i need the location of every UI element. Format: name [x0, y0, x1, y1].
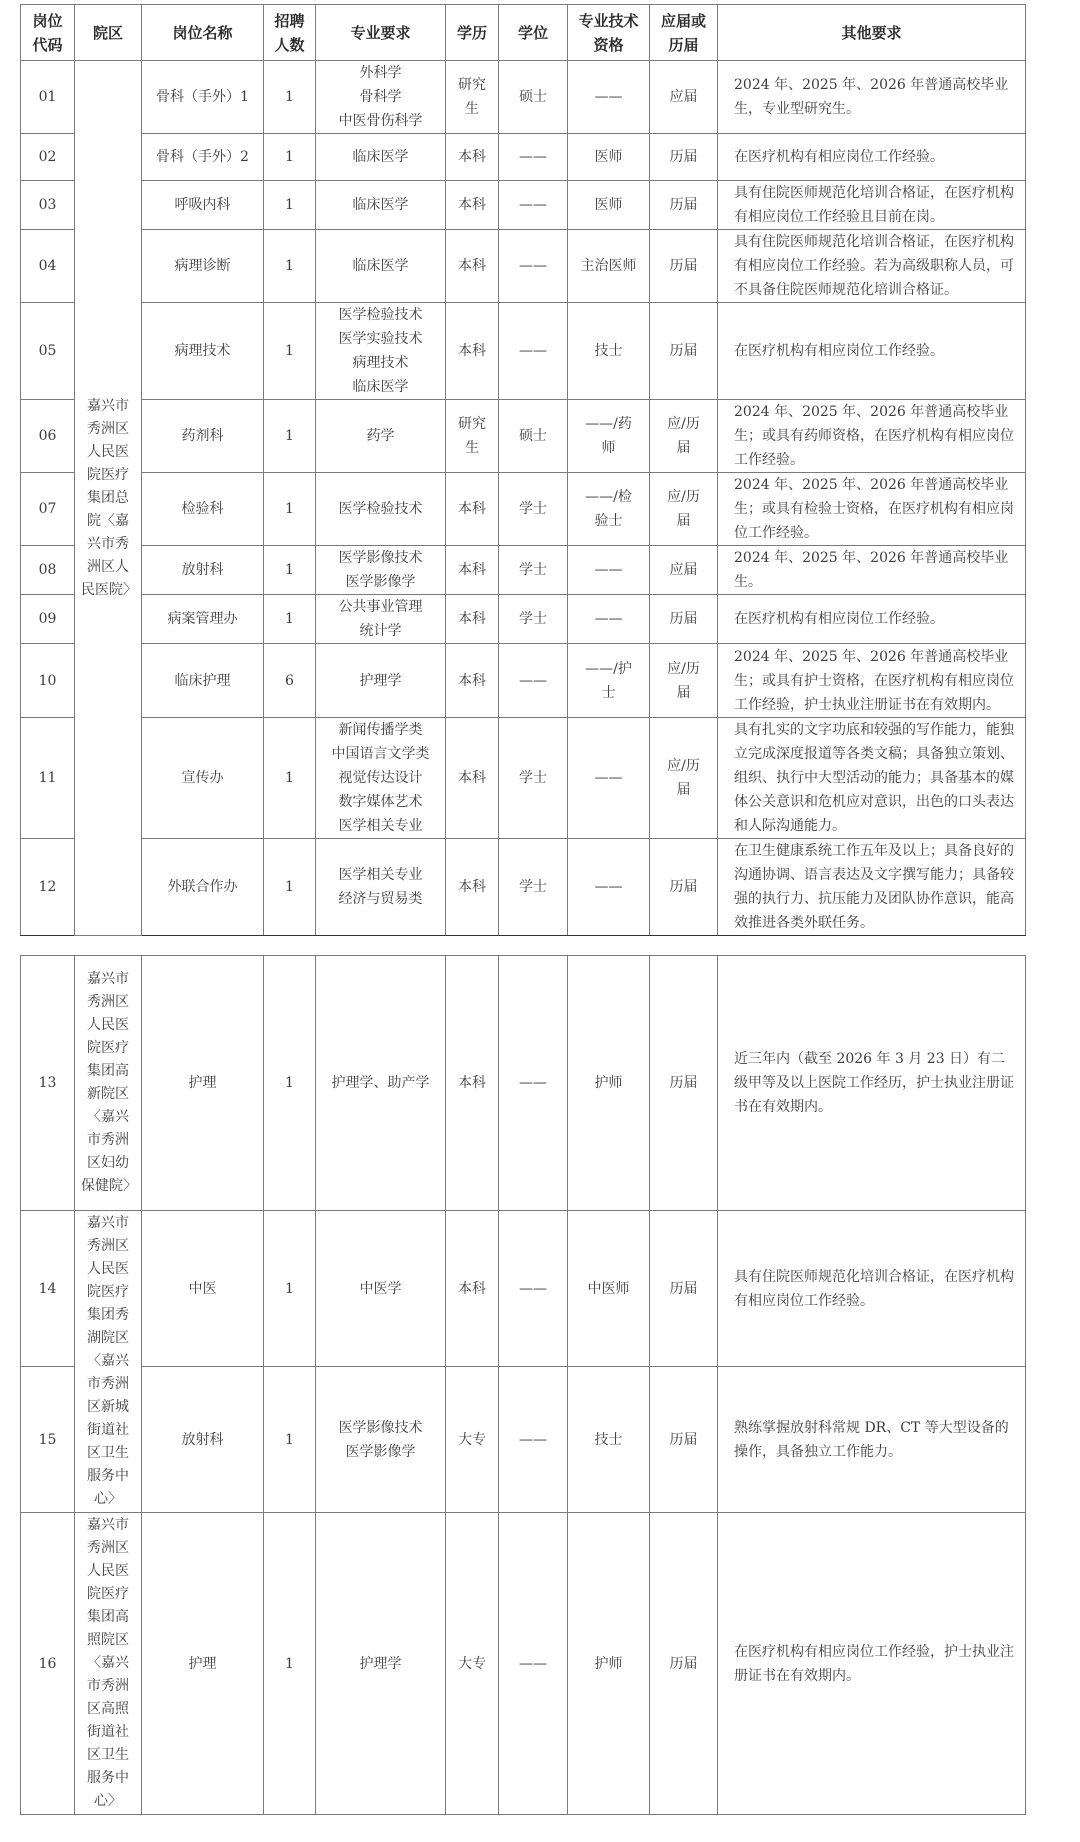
major-requirement-line: 医学影像学: [316, 570, 445, 594]
graduate-type: 历届: [650, 181, 718, 230]
major-requirement: 临床医学: [316, 230, 446, 303]
major-requirement-line: 新闻传播学类: [316, 718, 445, 742]
position-code: 14: [21, 1211, 75, 1367]
education-level-line: 本科: [446, 1071, 498, 1095]
hiring-count: 6: [264, 644, 316, 718]
other-requirements: 2024 年、2025 年、2026 年普通高校毕业生；或具有护士资格，在医疗机…: [718, 644, 1026, 718]
education-level: 本科: [446, 230, 499, 303]
major-requirement-line: 公共事业管理: [316, 595, 445, 619]
professional-qualification-line: 医师: [568, 193, 649, 217]
degree: ——: [499, 956, 568, 1211]
table-row: 14嘉兴市秀洲区人民医院医疗集团秀湖院区〈嘉兴市秀洲区新城街道社区卫生服务中心〉…: [21, 1211, 1026, 1367]
hiring-count: 1: [264, 303, 316, 400]
other-requirements: 2024 年、2025 年、2026 年普通高校毕业生，专业型研究生。: [718, 61, 1026, 134]
major-requirement-line: 护理学: [316, 669, 445, 693]
hiring-count: 1: [264, 1367, 316, 1513]
major-requirement: 医学相关专业经济与贸易类: [316, 839, 446, 936]
major-requirement-line: 中医学: [316, 1277, 445, 1301]
major-requirement: 新闻传播学类中国语言文学类视觉传达设计数字媒体艺术医学相关专业: [316, 718, 446, 839]
major-requirement: 临床医学: [316, 134, 446, 181]
professional-qualification: 主治医师: [568, 230, 650, 303]
position-code: 16: [21, 1513, 75, 1815]
education-level-line: 本科: [446, 1277, 498, 1301]
major-requirement: 药学: [316, 400, 446, 473]
degree: ——: [499, 181, 568, 230]
header-line: 人数: [264, 33, 315, 57]
degree: ——: [499, 230, 568, 303]
position-code: 02: [21, 134, 75, 181]
header-position: 岗位名称: [142, 5, 264, 61]
header-line: 历届: [650, 33, 717, 57]
major-requirement: 中医学: [316, 1211, 446, 1367]
table-row: 04病理诊断1临床医学本科——主治医师历届具有住院医师规范化培训合格证，在医疗机…: [21, 230, 1026, 303]
position-name: 病案管理办: [142, 595, 264, 644]
professional-qualification-line: ——: [568, 85, 649, 109]
hiring-count: 1: [264, 1211, 316, 1367]
hiring-count: 1: [264, 956, 316, 1211]
professional-qualification: ——/药师: [568, 400, 650, 473]
professional-qualification: 中医师: [568, 1211, 650, 1367]
header-line: 应届或: [650, 9, 717, 33]
major-requirement-line: 护理学、助产学: [316, 1071, 445, 1095]
professional-qualification-line: 师: [568, 436, 649, 460]
table-row: 03呼吸内科1临床医学本科——医师历届具有住院医师规范化培训合格证，在医疗机构有…: [21, 181, 1026, 230]
header-line: 招聘: [264, 9, 315, 33]
degree: ——: [499, 1513, 568, 1815]
major-requirement-line: 药学: [316, 424, 445, 448]
education-level-line: 本科: [446, 558, 498, 582]
major-requirement-line: 骨科学: [316, 85, 445, 109]
professional-qualification-line: 中医师: [568, 1277, 649, 1301]
major-requirement-line: 护理学: [316, 1652, 445, 1676]
position-name: 放射科: [142, 1367, 264, 1513]
hiring-count: 1: [264, 839, 316, 936]
table-row: 16嘉兴市秀洲区人民医院医疗集团高照院区〈嘉兴市秀洲区高照街道社区卫生服务中心〉…: [21, 1513, 1026, 1815]
professional-qualification: 护师: [568, 1513, 650, 1815]
education-level: 本科: [446, 134, 499, 181]
major-requirement-line: 医学相关专业: [316, 814, 445, 838]
position-code: 03: [21, 181, 75, 230]
other-requirements: 在医疗机构有相应岗位工作经验。: [718, 595, 1026, 644]
position-code: 11: [21, 718, 75, 839]
professional-qualification-line: ——/护: [568, 657, 649, 681]
professional-qualification: ——/护士: [568, 644, 650, 718]
position-code: 15: [21, 1367, 75, 1513]
graduate-type: 历届: [650, 1367, 718, 1513]
professional-qualification: 技士: [568, 1367, 650, 1513]
degree: ——: [499, 1211, 568, 1367]
hiring-count: 1: [264, 181, 316, 230]
major-requirement: 护理学: [316, 644, 446, 718]
professional-qualification-line: ——/检: [568, 485, 649, 509]
other-requirements: 2024 年、2025 年、2026 年普通高校毕业生；或具有检验士资格，在医疗…: [718, 473, 1026, 546]
graduate-type-line: 历届: [650, 1277, 717, 1301]
major-requirement-line: 临床医学: [316, 193, 445, 217]
position-code: 13: [21, 956, 75, 1211]
hiring-count: 1: [264, 718, 316, 839]
table-row: 07检验科1医学检验技术本科学士——/检验士应/历届2024 年、2025 年、…: [21, 473, 1026, 546]
position-name: 呼吸内科: [142, 181, 264, 230]
graduate-type-line: 历届: [650, 1071, 717, 1095]
hiring-count: 1: [264, 61, 316, 134]
education-level: 本科: [446, 718, 499, 839]
table-row: 06药剂科1药学研究生硕士——/药师应/历届2024 年、2025 年、2026…: [21, 400, 1026, 473]
graduate-type-line: 应/历: [650, 485, 717, 509]
graduate-type-line: 届: [650, 681, 717, 705]
education-level: 本科: [446, 644, 499, 718]
table-header-row: 岗位代码院区岗位名称招聘人数专业要求学历学位专业技术资格应届或历届其他要求: [21, 5, 1026, 61]
professional-qualification-line: 主治医师: [568, 254, 649, 278]
other-requirements: 2024 年、2025 年、2026 年普通高校毕业生。: [718, 546, 1026, 595]
degree: ——: [499, 644, 568, 718]
major-requirement-line: 视觉传达设计: [316, 766, 445, 790]
hiring-count: 1: [264, 400, 316, 473]
hiring-count: 1: [264, 230, 316, 303]
professional-qualification: 护师: [568, 956, 650, 1211]
header-line: 岗位: [21, 9, 74, 33]
professional-qualification-line: ——/药: [568, 412, 649, 436]
graduate-type: 历届: [650, 956, 718, 1211]
education-level-line: 本科: [446, 339, 498, 363]
professional-qualification-line: ——: [568, 558, 649, 582]
graduate-type-line: 应/历: [650, 657, 717, 681]
professional-qualification-line: 医师: [568, 145, 649, 169]
major-requirement-line: 中国语言文学类: [316, 742, 445, 766]
header-line: 院区: [75, 21, 141, 45]
education-level: 大专: [446, 1513, 499, 1815]
degree: ——: [499, 303, 568, 400]
degree: 学士: [499, 839, 568, 936]
header-line: 代码: [21, 33, 74, 57]
professional-qualification-line: ——: [568, 875, 649, 899]
professional-qualification-line: 护师: [568, 1652, 649, 1676]
professional-qualification-line: 护师: [568, 1071, 649, 1095]
header-other-requirements: 其他要求: [718, 5, 1026, 61]
degree: ——: [499, 134, 568, 181]
header-line: 专业要求: [316, 21, 445, 45]
header-campus: 院区: [75, 5, 142, 61]
degree: 硕士: [499, 400, 568, 473]
campus-name: 嘉兴市秀洲区人民医院医疗集团高新院区〈嘉兴市秀洲区妇幼保健院〉: [75, 956, 142, 1211]
major-requirement: 医学检验技术: [316, 473, 446, 546]
position-name: 检验科: [142, 473, 264, 546]
major-requirement-line: 医学相关专业: [316, 863, 445, 887]
professional-qualification-line: ——: [568, 607, 649, 631]
degree: 学士: [499, 595, 568, 644]
education-level: 本科: [446, 839, 499, 936]
graduate-type: 历届: [650, 134, 718, 181]
education-level: 本科: [446, 546, 499, 595]
table-row: 13嘉兴市秀洲区人民医院医疗集团高新院区〈嘉兴市秀洲区妇幼保健院〉护理1护理学、…: [21, 956, 1026, 1211]
graduate-type-line: 届: [650, 436, 717, 460]
table-row: 10临床护理6护理学本科————/护士应/历届2024 年、2025 年、202…: [21, 644, 1026, 718]
major-requirement-line: 医学检验技术: [316, 497, 445, 521]
professional-qualification: 医师: [568, 181, 650, 230]
header-major: 专业要求: [316, 5, 446, 61]
major-requirement: 护理学: [316, 1513, 446, 1815]
education-level: 本科: [446, 595, 499, 644]
education-level-line: 本科: [446, 766, 498, 790]
major-requirement: 医学影像技术医学影像学: [316, 1367, 446, 1513]
hiring-count: 1: [264, 134, 316, 181]
hiring-count: 1: [264, 1513, 316, 1815]
graduate-type: 应/历届: [650, 473, 718, 546]
graduate-type: 应/历届: [650, 644, 718, 718]
professional-qualification-line: 技士: [568, 1428, 649, 1452]
graduate-type-line: 历届: [650, 1652, 717, 1676]
major-requirement-line: 数字媒体艺术: [316, 790, 445, 814]
major-requirement-line: 医学影像技术: [316, 1416, 445, 1440]
education-level: 本科: [446, 181, 499, 230]
position-code: 10: [21, 644, 75, 718]
education-level-line: 本科: [446, 497, 498, 521]
table-row: 12外联合作办1医学相关专业经济与贸易类本科学士——历届在卫生健康系统工作五年及…: [21, 839, 1026, 936]
education-level: 本科: [446, 956, 499, 1211]
major-requirement: 医学影像技术医学影像学: [316, 546, 446, 595]
header-qualification: 专业技术资格: [568, 5, 650, 61]
major-requirement-line: 病理技术: [316, 351, 445, 375]
header-line: 岗位名称: [142, 21, 263, 45]
education-level: 本科: [446, 303, 499, 400]
professional-qualification: ——: [568, 546, 650, 595]
header-code: 岗位代码: [21, 5, 75, 61]
major-requirement-line: 医学实验技术: [316, 327, 445, 351]
graduate-type-line: 届: [650, 509, 717, 533]
graduate-type: 应届: [650, 546, 718, 595]
graduate-type-line: 应届: [650, 85, 717, 109]
other-requirements: 在医疗机构有相应岗位工作经验。: [718, 303, 1026, 400]
professional-qualification: ——: [568, 839, 650, 936]
position-name: 骨科（手外）1: [142, 61, 264, 134]
education-level-line: 研究: [446, 73, 498, 97]
table-row: 15放射科1医学影像技术医学影像学大专——技士历届熟练掌握放射科常规 DR、CT…: [21, 1367, 1026, 1513]
graduate-type: 历届: [650, 595, 718, 644]
header-count: 招聘人数: [264, 5, 316, 61]
education-level-line: 大专: [446, 1652, 498, 1676]
graduate-type: 历届: [650, 230, 718, 303]
other-requirements: 具有扎实的文字功底和较强的写作能力，能独立完成深度报道等各类文稿；具备独立策划、…: [718, 718, 1026, 839]
professional-qualification: ——: [568, 595, 650, 644]
graduate-type: 历届: [650, 1211, 718, 1367]
major-requirement-line: 外科学: [316, 61, 445, 85]
education-level-line: 生: [446, 97, 498, 121]
position-name: 临床护理: [142, 644, 264, 718]
major-requirement: 护理学、助产学: [316, 956, 446, 1211]
education-level-line: 本科: [446, 254, 498, 278]
professional-qualification-line: 技士: [568, 339, 649, 363]
professional-qualification: ——: [568, 718, 650, 839]
education-level-line: 本科: [446, 607, 498, 631]
professional-qualification: 技士: [568, 303, 650, 400]
table-row: 01嘉兴市秀洲区人民医院医疗集团总院〈嘉兴市秀洲区人民医院〉骨科（手外）11外科…: [21, 61, 1026, 134]
professional-qualification: ——: [568, 61, 650, 134]
professional-qualification: ——/检验士: [568, 473, 650, 546]
header-line: 资格: [568, 33, 649, 57]
other-requirements: 具有住院医师规范化培训合格证，在医疗机构有相应岗位工作经验且目前在岗。: [718, 181, 1026, 230]
position-code: 04: [21, 230, 75, 303]
major-requirement: 医学检验技术医学实验技术病理技术临床医学: [316, 303, 446, 400]
graduate-type-line: 历届: [650, 1428, 717, 1452]
other-requirements: 2024 年、2025 年、2026 年普通高校毕业生；或具有药师资格，在医疗机…: [718, 400, 1026, 473]
other-requirements: 近三年内（截至 2026 年 3 月 23 日）有二级甲等及以上医院工作经历，护…: [718, 956, 1026, 1211]
major-requirement-line: 经济与贸易类: [316, 887, 445, 911]
graduate-type-line: 应/历: [650, 754, 717, 778]
position-code: 08: [21, 546, 75, 595]
education-level-line: 本科: [446, 193, 498, 217]
hiring-count: 1: [264, 546, 316, 595]
major-requirement: 公共事业管理统计学: [316, 595, 446, 644]
major-requirement-line: 临床医学: [316, 254, 445, 278]
position-name: 宣传办: [142, 718, 264, 839]
major-requirement-line: 统计学: [316, 619, 445, 643]
table-row: 11宣传办1新闻传播学类中国语言文学类视觉传达设计数字媒体艺术医学相关专业本科学…: [21, 718, 1026, 839]
education-level-line: 本科: [446, 145, 498, 169]
other-requirements: 熟练掌握放射科常规 DR、CT 等大型设备的操作，具备独立工作能力。: [718, 1367, 1026, 1513]
major-requirement-line: 中医骨伤科学: [316, 109, 445, 133]
position-code: 01: [21, 61, 75, 134]
graduate-type-line: 历届: [650, 607, 717, 631]
education-level: 大专: [446, 1367, 499, 1513]
degree: ——: [499, 1367, 568, 1513]
major-requirement-line: 医学检验技术: [316, 303, 445, 327]
other-requirements: 具有住院医师规范化培训合格证，在医疗机构有相应岗位工作经验。若为高级职称人员，可…: [718, 230, 1026, 303]
professional-qualification-line: ——: [568, 766, 649, 790]
graduate-type-line: 历届: [650, 339, 717, 363]
other-requirements: 在医疗机构有相应岗位工作经验。: [718, 134, 1026, 181]
professional-qualification: 医师: [568, 134, 650, 181]
table-row: 08放射科1医学影像技术医学影像学本科学士——应届2024 年、2025 年、2…: [21, 546, 1026, 595]
position-name: 护理: [142, 956, 264, 1211]
other-requirements: 在医疗机构有相应岗位工作经验，护士执业注册证书在有效期内。: [718, 1513, 1026, 1815]
table-row: 02骨科（手外）21临床医学本科——医师历届在医疗机构有相应岗位工作经验。: [21, 134, 1026, 181]
position-code: 05: [21, 303, 75, 400]
graduate-type-line: 应/历: [650, 412, 717, 436]
hiring-count: 1: [264, 473, 316, 546]
degree: 学士: [499, 546, 568, 595]
position-name: 病理技术: [142, 303, 264, 400]
education-level: 研究生: [446, 61, 499, 134]
major-requirement: 外科学骨科学中医骨伤科学: [316, 61, 446, 134]
campus-name: 嘉兴市秀洲区人民医院医疗集团总院〈嘉兴市秀洲区人民医院〉: [75, 61, 142, 936]
education-level-line: 研究: [446, 412, 498, 436]
graduate-type-line: 历届: [650, 254, 717, 278]
hiring-count: 1: [264, 595, 316, 644]
position-name: 放射科: [142, 546, 264, 595]
degree: 学士: [499, 473, 568, 546]
other-requirements: 具有住院医师规范化培训合格证，在医疗机构有相应岗位工作经验。: [718, 1211, 1026, 1367]
header-education: 学历: [446, 5, 499, 61]
graduate-type: 应/历届: [650, 400, 718, 473]
education-level-line: 本科: [446, 875, 498, 899]
position-name: 病理诊断: [142, 230, 264, 303]
education-level: 研究生: [446, 400, 499, 473]
header-graduate-type: 应届或历届: [650, 5, 718, 61]
major-requirement-line: 医学影像学: [316, 1440, 445, 1464]
position-code: 07: [21, 473, 75, 546]
degree: 硕士: [499, 61, 568, 134]
graduate-type-line: 历届: [650, 145, 717, 169]
campus-name: 嘉兴市秀洲区人民医院医疗集团秀湖院区〈嘉兴市秀洲区新城街道社区卫生服务中心〉: [75, 1211, 142, 1513]
other-requirements: 在卫生健康系统工作五年及以上；具备良好的沟通协调、语言表达及文字撰写能力；具备较…: [718, 839, 1026, 936]
table-row: 09病案管理办1公共事业管理统计学本科学士——历届在医疗机构有相应岗位工作经验。: [21, 595, 1026, 644]
major-requirement-line: 临床医学: [316, 375, 445, 399]
professional-qualification-line: 验士: [568, 509, 649, 533]
major-requirement: 临床医学: [316, 181, 446, 230]
graduate-type-line: 届: [650, 778, 717, 802]
position-name: 药剂科: [142, 400, 264, 473]
recruitment-table-part-2: 13嘉兴市秀洲区人民医院医疗集团高新院区〈嘉兴市秀洲区妇幼保健院〉护理1护理学、…: [20, 955, 1026, 1815]
position-name: 护理: [142, 1513, 264, 1815]
major-requirement-line: 临床医学: [316, 145, 445, 169]
education-level-line: 生: [446, 436, 498, 460]
table-row: 05病理技术1医学检验技术医学实验技术病理技术临床医学本科——技士历届在医疗机构…: [21, 303, 1026, 400]
recruitment-table-part-1: 岗位代码院区岗位名称招聘人数专业要求学历学位专业技术资格应届或历届其他要求 01…: [20, 4, 1026, 936]
education-level-line: 大专: [446, 1428, 498, 1452]
education-level: 本科: [446, 1211, 499, 1367]
graduate-type: 历届: [650, 1513, 718, 1815]
graduate-type: 历届: [650, 839, 718, 936]
position-code: 09: [21, 595, 75, 644]
graduate-type: 应届: [650, 61, 718, 134]
header-line: 专业技术: [568, 9, 649, 33]
major-requirement-line: 医学影像技术: [316, 546, 445, 570]
header-line: 学历: [446, 21, 498, 45]
professional-qualification-line: 士: [568, 681, 649, 705]
position-name: 外联合作办: [142, 839, 264, 936]
campus-name: 嘉兴市秀洲区人民医院医疗集团高照院区〈嘉兴市秀洲区高照街道社区卫生服务中心〉: [75, 1513, 142, 1815]
education-level: 本科: [446, 473, 499, 546]
position-code: 06: [21, 400, 75, 473]
header-degree: 学位: [499, 5, 568, 61]
graduate-type-line: 应届: [650, 558, 717, 582]
header-line: 其他要求: [718, 21, 1025, 45]
position-name: 骨科（手外）2: [142, 134, 264, 181]
header-line: 学位: [499, 21, 567, 45]
position-code: 12: [21, 839, 75, 936]
graduate-type-line: 历届: [650, 193, 717, 217]
degree: 学士: [499, 718, 568, 839]
graduate-type-line: 历届: [650, 875, 717, 899]
graduate-type: 应/历届: [650, 718, 718, 839]
education-level-line: 本科: [446, 669, 498, 693]
position-name: 中医: [142, 1211, 264, 1367]
graduate-type: 历届: [650, 303, 718, 400]
